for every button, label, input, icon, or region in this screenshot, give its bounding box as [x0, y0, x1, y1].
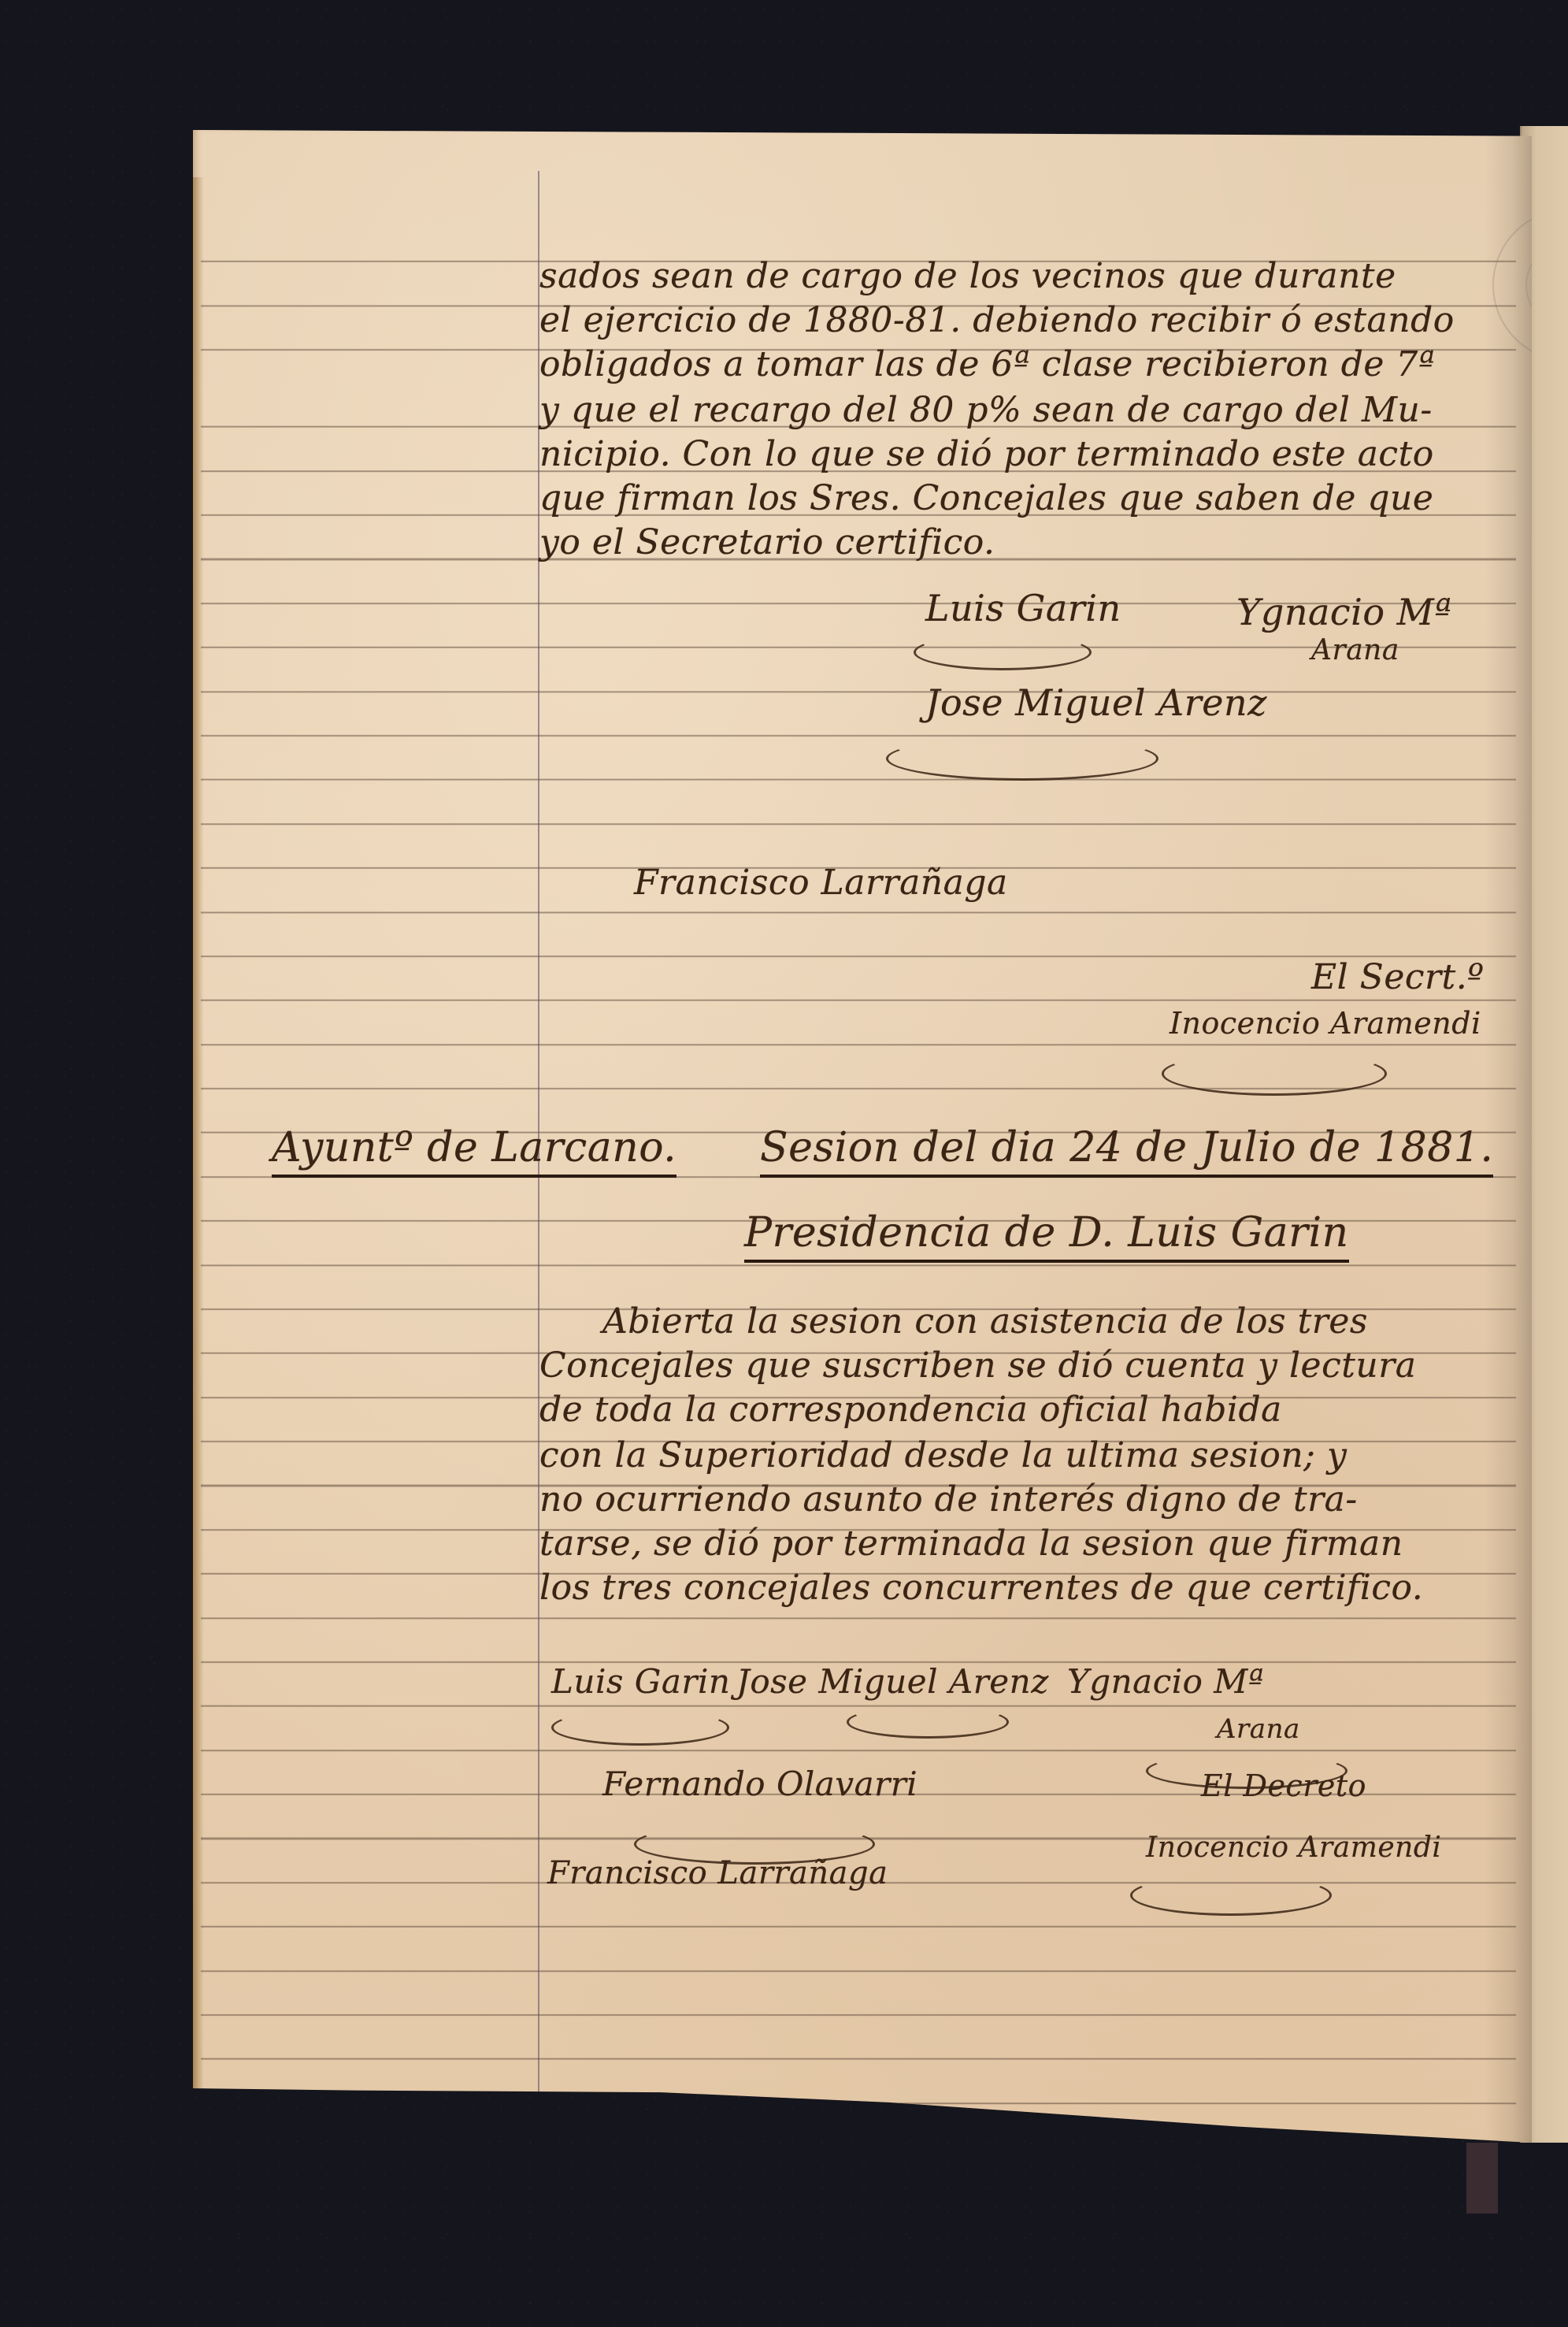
manuscript-page: sados sean de cargo de los vecinos que d…: [193, 130, 1532, 2143]
signature-arana: Arana: [1311, 634, 1399, 666]
signature-decreto: El Decreto: [1201, 1768, 1366, 1803]
binding-tab: [1466, 2143, 1498, 2214]
text-line: obligados a tomar las de 6ª clase recibi…: [539, 344, 1435, 384]
text-line: Abierta la sesion con asistencia de los …: [602, 1301, 1368, 1342]
signature-ygnacio: Ygnacio Mª: [1236, 591, 1452, 633]
signature-flourish-icon: [634, 1824, 875, 1865]
text-line: sados sean de cargo de los vecinos que d…: [539, 256, 1396, 296]
signature-flourish-icon: [847, 1705, 1009, 1739]
signature-arana: Arana: [1217, 1713, 1300, 1745]
signature-flourish-icon: [1162, 1052, 1387, 1096]
text-line: tarse, se dió por terminada la sesion qu…: [539, 1523, 1403, 1564]
text-line: que firman los Sres. Concejales que sabe…: [539, 478, 1433, 518]
text-line: yo el Secretario certifico.: [539, 522, 995, 562]
text-line: y que el recargo del 80 p% sean de cargo…: [539, 390, 1433, 430]
signature-flourish-icon: [886, 737, 1158, 781]
heading-presidency: Presidencia de D. Luis Garin: [744, 1209, 1349, 1263]
signature-jose-miguel: Jose Miguel Arenz: [925, 681, 1267, 724]
text-line: los tres concejales concurrentes de que …: [539, 1568, 1423, 1608]
signature-jose-miguel: Jose Miguel Arenz: [736, 1662, 1049, 1701]
signature-fernando-olavarri: Fernando Olavarri: [602, 1765, 917, 1803]
signature-inocencio-aramendi: Inocencio Aramendi: [1146, 1832, 1441, 1864]
signature-luis-garin: Luis Garin: [925, 587, 1121, 629]
signature-flourish-icon: [551, 1709, 729, 1746]
heading-ayuntamiento: Ayuntº de Larcano.: [272, 1124, 677, 1178]
signature-flourish-icon: [914, 634, 1092, 670]
text-line: Concejales que suscriben se dió cuenta y…: [539, 1345, 1417, 1386]
text-line: el ejercicio de 1880-81. debiendo recibi…: [539, 300, 1455, 340]
signature-inocencio-aramendi: Inocencio Aramendi: [1170, 1006, 1481, 1041]
text-line: de toda la correspondencia oficial habid…: [539, 1390, 1282, 1430]
signature-francisco-larranaga: Francisco Larrañaga: [634, 863, 1008, 903]
signature-luis-garin: Luis Garin: [551, 1662, 730, 1701]
text-line: no ocurriendo asunto de interés digno de…: [539, 1479, 1358, 1520]
text-line: con la Superioridad desde la ultima sesi…: [539, 1435, 1347, 1475]
text-line: nicipio. Con lo que se dió por terminado…: [539, 434, 1434, 474]
signature-ygnacio: Ygnacio Mª: [1067, 1662, 1264, 1701]
signature-flourish-icon: [1130, 1875, 1332, 1916]
secretary-title: El Secrt.º: [1311, 957, 1484, 997]
heading-session-date: Sesion del dia 24 de Julio de 1881.: [760, 1124, 1493, 1178]
